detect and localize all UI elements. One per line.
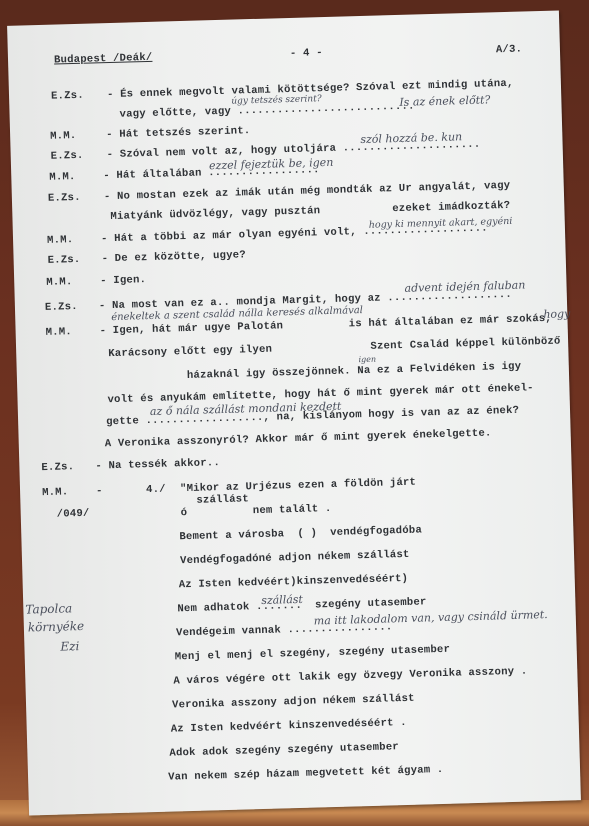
song-verse: "Mikor az Urjézus ezen a földön járt	[180, 477, 416, 496]
dialogue-line: - No mostan ezek az imák után még mondtá…	[104, 180, 511, 203]
dialogue-line: - Igen.	[100, 274, 146, 287]
song-number: 4./	[146, 484, 166, 497]
handwritten-annotation: ma itt lakodalom van, vagy csináld ürmet…	[314, 609, 548, 628]
speaker-label: M.M.	[42, 486, 69, 499]
song-code: /049/	[57, 508, 90, 521]
header-location: Budapest /Deák/	[54, 52, 153, 67]
document-reference: A/3.	[496, 43, 523, 56]
dialogue-line: - Na tessék akkor..	[95, 457, 220, 472]
dialogue-line: házaknál igy összejönnek. Na ez a Felvid…	[187, 361, 522, 382]
song-verse: Van nekem szép házam megvetett két ágyam…	[168, 764, 444, 784]
handwritten-annotation: Is az ének előtt?	[399, 94, 490, 109]
song-verse: Menj el menj el szegény, szegény utasemb…	[175, 644, 451, 664]
speaker-label: M.M.	[45, 326, 72, 339]
dialogue-line: A Veronika asszonyról? Akkor már ő mint …	[105, 427, 492, 450]
song-verse: Vendégfogadóné adjon nékem szállást	[180, 549, 410, 567]
speaker-label: E.Zs.	[51, 90, 84, 103]
dialogue-line: Karácsony előtt egy ilyen Szent Család k…	[108, 336, 561, 361]
song-verse: Veronika asszony adjon nékem szállást	[172, 693, 415, 712]
song-verse: Bement a városba ( ) vendégfogadóba	[179, 524, 422, 543]
typewritten-page: Budapest /Deák/ - 4 - A/3. E.Zs. - És en…	[7, 10, 581, 815]
margin-note: környéke	[28, 620, 85, 634]
handwritten-annotation: hogy ki mennyit akart, egyéni	[369, 216, 513, 232]
handwritten-annotation: hogy	[543, 308, 570, 321]
speaker-label: M.M.	[46, 276, 73, 289]
handwritten-annotation: szállást	[261, 594, 303, 607]
speaker-label: E.Zs.	[51, 150, 84, 163]
speaker-label: E.Zs.	[48, 192, 81, 205]
dialogue-line: - De ez közötte, ugye?	[101, 249, 246, 265]
song-verse: Az Isten kedvéért kinszenvedéséért .	[171, 717, 407, 736]
dialogue-line: - Hát tetszés szerint.	[106, 125, 251, 141]
song-verse: A város végére ott lakik egy özvegy Vero…	[173, 666, 527, 688]
margin-note: Ezi	[60, 640, 79, 653]
speaker-label: M.M.	[49, 171, 76, 184]
margin-note: Tapolca	[25, 602, 72, 615]
speaker-label: M.M.	[50, 130, 77, 143]
song-verse: Az Isten kedvéért)kinszenvedéséért)	[179, 573, 409, 591]
speaker-label: M.M.	[47, 234, 74, 247]
speaker-label: E.Zs.	[45, 301, 78, 314]
song-dash: -	[96, 485, 103, 497]
speaker-label: E.Zs.	[47, 254, 80, 267]
speaker-label: E.Zs.	[41, 461, 74, 474]
page-number: - 4 -	[290, 47, 323, 60]
song-verse: Adok adok szegény szegény utasember	[169, 741, 399, 759]
